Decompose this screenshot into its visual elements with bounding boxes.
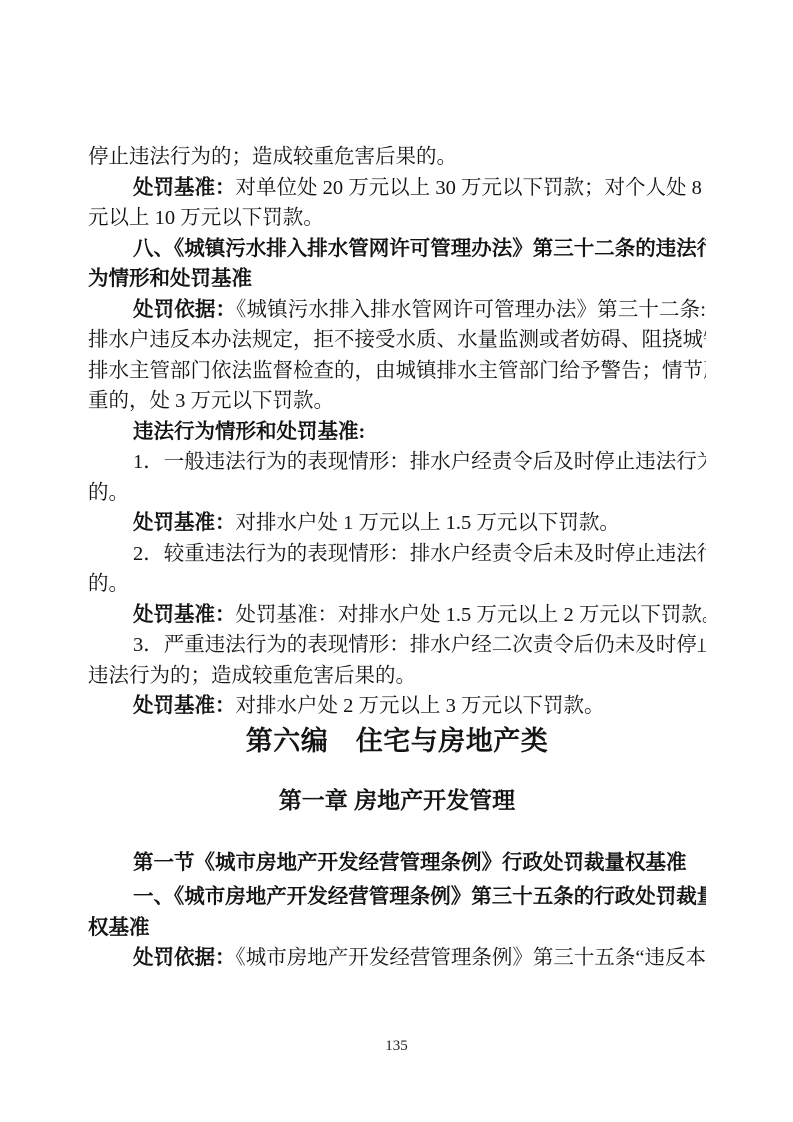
line-text: 排水户违反本办法规定，拒不接受水质、水量监测或者妨碍、阻挠城镇 xyxy=(88,329,706,351)
text-line: 违法行为的；造成较重危害后果的。 xyxy=(88,661,706,692)
line-text: 处罚基准：对排水户处 1.5 万元以上 2 万元以下罚款。 xyxy=(236,604,707,626)
line-text: 违法行为情形和处罚基准: xyxy=(133,421,365,443)
text-line: 权基准 xyxy=(88,913,706,944)
text-line: 的。 xyxy=(88,569,706,600)
text-line: 一、《城市房地产开发经营管理条例》第三十五条的行政处罚裁量 xyxy=(88,882,706,913)
part-heading: 第六编 住宅与房地产类 xyxy=(88,722,706,760)
chapter-heading: 第一章 房地产开发管理 xyxy=(88,784,706,816)
text-line: 的。 xyxy=(88,478,706,509)
line-text: 的。 xyxy=(88,482,129,504)
line-text: 的。 xyxy=(88,573,129,595)
text-line: 排水户违反本办法规定，拒不接受水质、水量监测或者妨碍、阻挠城镇 xyxy=(88,325,706,356)
text-line: 处罚基准：处罚基准：对排水户处 1.5 万元以上 2 万元以下罚款。 xyxy=(88,600,706,631)
text-line: 处罚基准：对排水户处 2 万元以上 3 万元以下罚款。 xyxy=(88,691,706,722)
bold-lead: 处罚基准： xyxy=(133,695,236,717)
text-line: 处罚依据：《城市房地产开发经营管理条例》第三十五条“违反本 xyxy=(88,943,706,974)
line-text: 3．严重违法行为的表现情形：排水户经二次责令后仍未及时停止 xyxy=(133,634,706,656)
text-line: 违法行为情形和处罚基准: xyxy=(88,417,706,448)
line-text: 一、《城市房地产开发经营管理条例》第三十五条的行政处罚裁量 xyxy=(133,886,706,908)
line-text: 违法行为的；造成较重危害后果的。 xyxy=(88,665,416,687)
document-content: 停止违法行为的；造成较重危害后果的。 处罚基准：对单位处 20 万元以上 30 … xyxy=(88,142,706,974)
bold-lead: 处罚依据： xyxy=(133,299,236,321)
line-text: 《城市房地产开发经营管理条例》第三十五条“违反本 xyxy=(236,947,706,969)
text-line: 2．较重违法行为的表现情形：排水户经责令后未及时停止违法行为 xyxy=(88,539,706,570)
line-text: 八、《城镇污水排入排水管网许可管理办法》第三十二条的违法行 xyxy=(133,238,706,260)
section-heading: 第一节《城市房地产开发经营管理条例》行政处罚裁量权基准 xyxy=(88,848,706,879)
line-text: 为情形和处罚基准 xyxy=(88,268,252,290)
text-line: 处罚依据：《城镇污水排入排水管网许可管理办法》第三十二条: xyxy=(88,295,706,326)
line-text: 《城镇污水排入排水管网许可管理办法》第三十二条: xyxy=(236,299,706,321)
line-text: 重的，处 3 万元以下罚款。 xyxy=(88,390,334,412)
bold-lead: 处罚基准： xyxy=(133,512,236,534)
text-line: 为情形和处罚基准 xyxy=(88,264,706,295)
text-line: 处罚基准：对排水户处 1 万元以上 1.5 万元以下罚款。 xyxy=(88,508,706,539)
bold-lead: 处罚基准： xyxy=(133,604,236,626)
text-line: 处罚基准：对单位处 20 万元以上 30 万元以下罚款；对个人处 8 万 xyxy=(88,173,706,204)
text-line: 排水主管部门依法监督检查的，由城镇排水主管部门给予警告；情节严 xyxy=(88,356,706,387)
bold-lead: 处罚依据： xyxy=(133,947,236,969)
text-line: 元以上 10 万元以下罚款。 xyxy=(88,203,706,234)
page-number: 135 xyxy=(0,1038,793,1055)
line-text: 2．较重违法行为的表现情形：排水户经责令后未及时停止违法行为 xyxy=(133,543,706,565)
line-text: 停止违法行为的；造成较重危害后果的。 xyxy=(88,146,457,168)
line-text: 对排水户处 1 万元以上 1.5 万元以下罚款。 xyxy=(236,512,620,534)
line-text: 对排水户处 2 万元以上 3 万元以下罚款。 xyxy=(236,695,605,717)
line-text: 1．一般违法行为的表现情形：排水户经责令后及时停止违法行为 xyxy=(133,451,706,473)
text-line: 1．一般违法行为的表现情形：排水户经责令后及时停止违法行为 xyxy=(88,447,706,478)
text-line: 八、《城镇污水排入排水管网许可管理办法》第三十二条的违法行 xyxy=(88,234,706,265)
line-text: 排水主管部门依法监督检查的，由城镇排水主管部门给予警告；情节严 xyxy=(88,360,706,382)
line-text: 权基准 xyxy=(88,917,150,939)
line-text: 对单位处 20 万元以上 30 万元以下罚款；对个人处 8 万 xyxy=(236,177,707,199)
text-line: 3．严重违法行为的表现情形：排水户经二次责令后仍未及时停止 xyxy=(88,630,706,661)
text-line: 重的，处 3 万元以下罚款。 xyxy=(88,386,706,417)
document-page: 停止违法行为的；造成较重危害后果的。 处罚基准：对单位处 20 万元以上 30 … xyxy=(0,0,793,1122)
bold-lead: 处罚基准： xyxy=(133,177,236,199)
line-text: 元以上 10 万元以下罚款。 xyxy=(88,207,324,229)
text-line: 停止违法行为的；造成较重危害后果的。 xyxy=(88,142,706,173)
